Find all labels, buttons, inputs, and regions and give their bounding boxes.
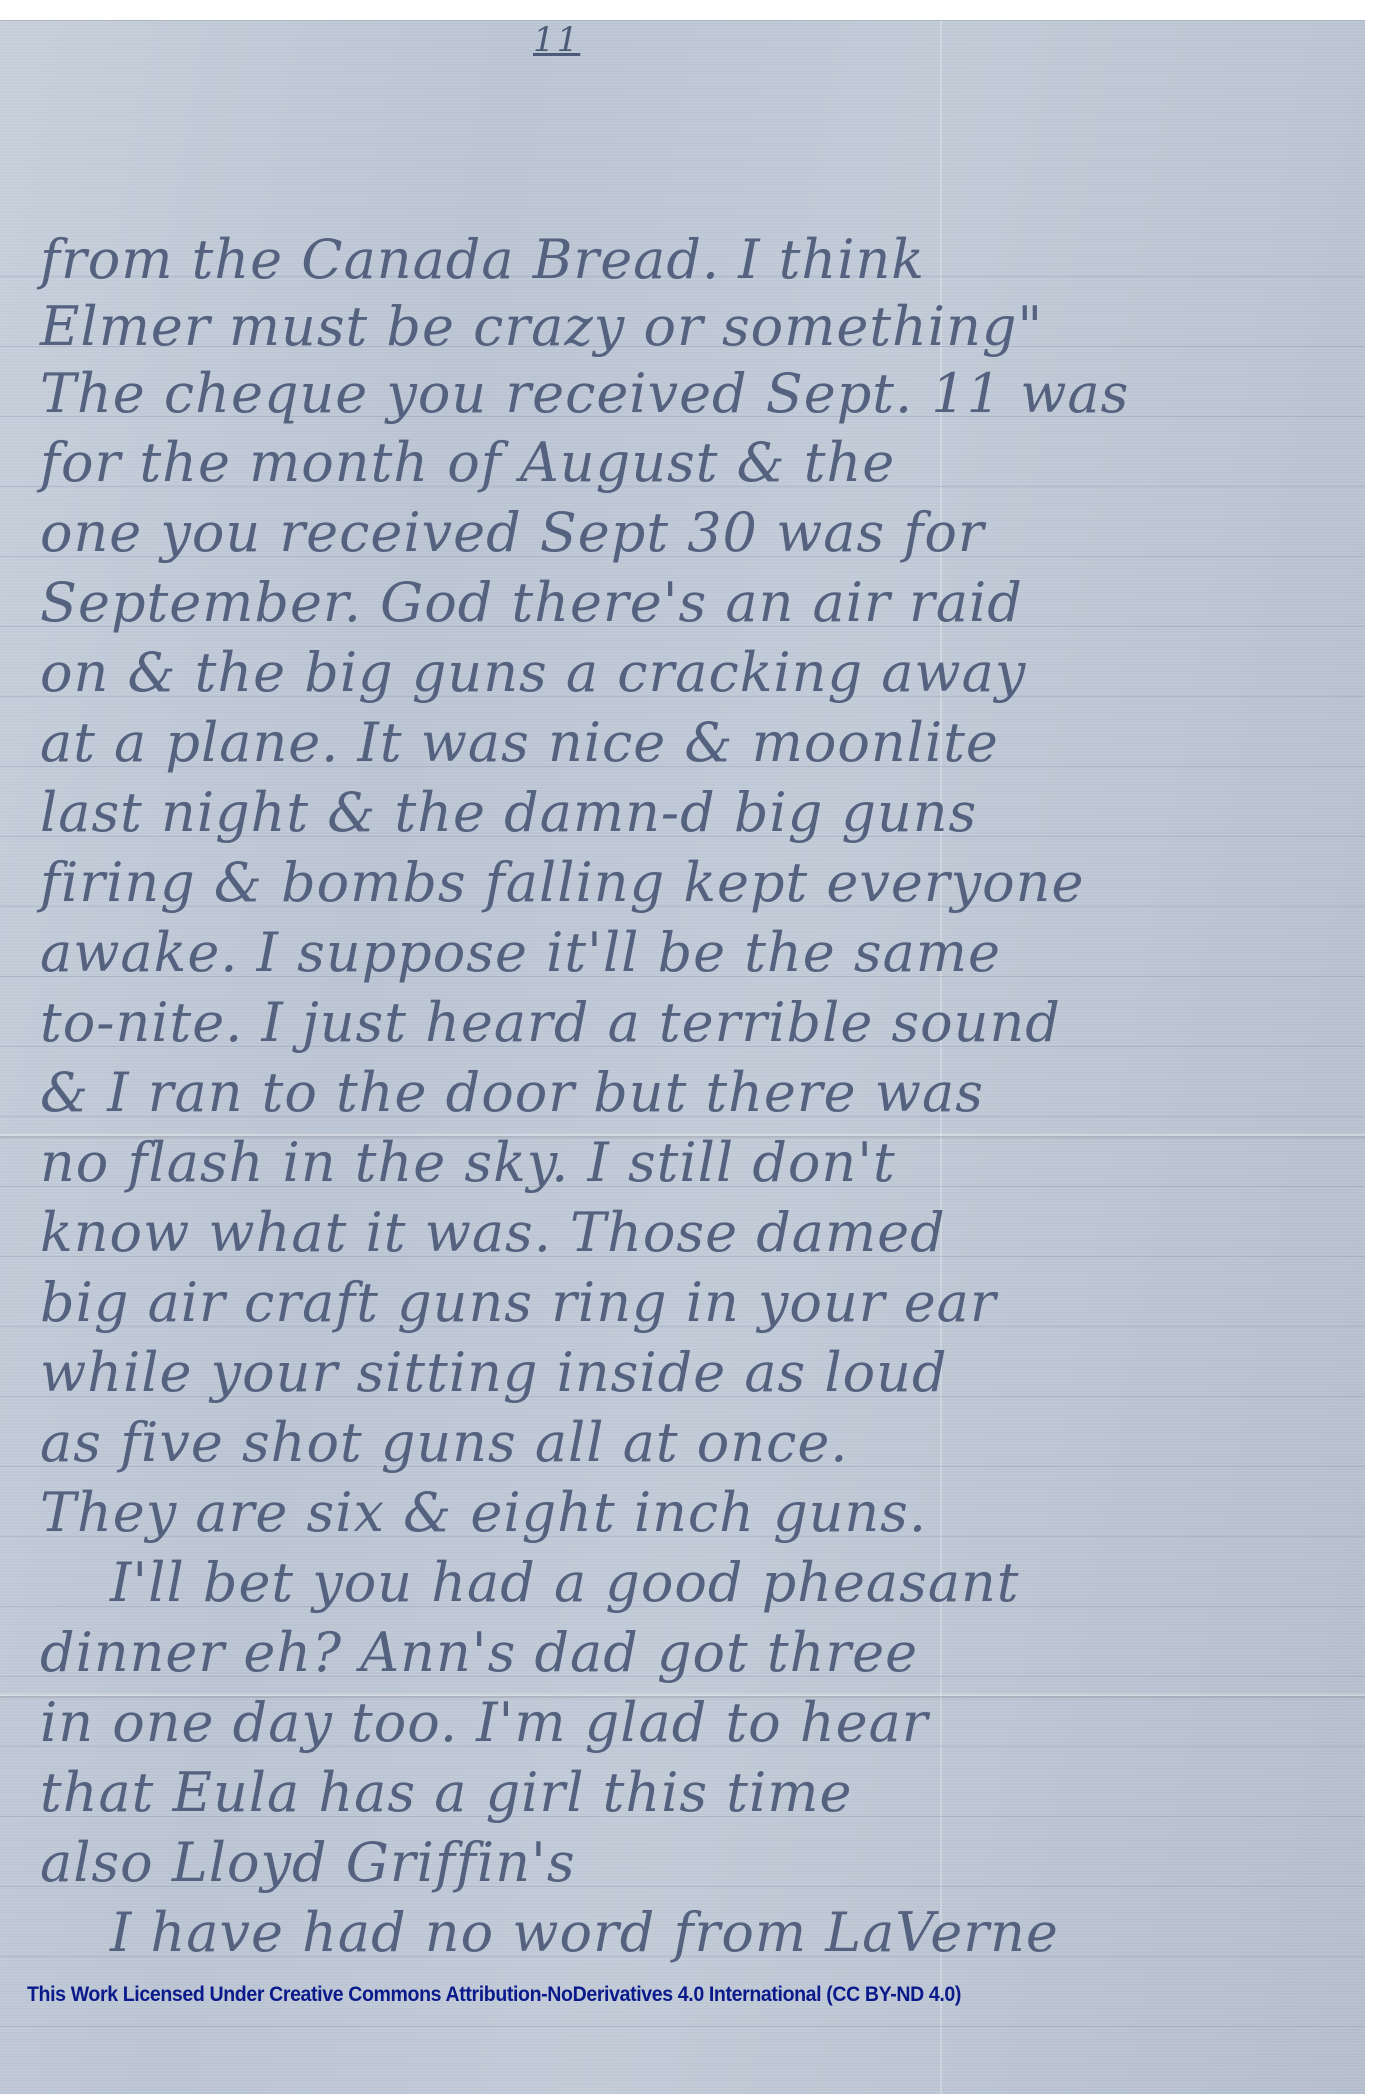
page-number: 11 <box>533 20 580 60</box>
letter-line: September. God there's an air raid <box>40 568 1340 638</box>
letter-line: from the Canada Bread. I think <box>40 225 1340 295</box>
letter-line: that Eula has a girl this time <box>40 1758 1340 1828</box>
letter-line: while your sitting inside as loud <box>40 1338 1340 1408</box>
letter-line: They are six & eight inch guns. <box>40 1478 1340 1548</box>
letter-line: & I ran to the door but there was <box>40 1058 1340 1128</box>
letter-line: for the month of August & the <box>40 428 1340 498</box>
letter-line: dinner eh? Ann's dad got three <box>40 1618 1340 1688</box>
letter-line: Elmer must be crazy or something" <box>40 292 1340 362</box>
letter-line: know what it was. Those damed <box>40 1198 1340 1268</box>
letter-line: firing & bombs falling kept everyone <box>40 848 1340 918</box>
letter-line: awake. I suppose it'll be the same <box>40 918 1340 988</box>
letter-line: also Lloyd Griffin's <box>40 1828 1340 1898</box>
letter-line: on & the big guns a cracking away <box>40 638 1340 708</box>
letter-line: one you received Sept 30 was for <box>40 498 1340 568</box>
letter-line: I'll bet you had a good pheasant <box>110 1548 1373 1618</box>
letter-line: as five shot guns all at once. <box>40 1408 1340 1478</box>
letter-line: to-nite. I just heard a terrible sound <box>40 988 1340 1058</box>
letter-line: The cheque you received Sept. 11 was <box>40 359 1340 429</box>
letter-line: at a plane. It was nice & moonlite <box>40 708 1340 778</box>
letter-line: big air craft guns ring in your ear <box>40 1268 1340 1338</box>
license-notice: This Work Licensed Under Creative Common… <box>27 1983 1264 2007</box>
letter-line: no flash in the sky. I still don't <box>40 1128 1340 1198</box>
ruled-line <box>0 2026 1365 2027</box>
letter-line: last night & the damn-d big guns <box>40 778 1340 848</box>
letter-line: I have had no word from LaVerne <box>110 1898 1373 1968</box>
letter-line: in one day too. I'm glad to hear <box>40 1688 1340 1758</box>
